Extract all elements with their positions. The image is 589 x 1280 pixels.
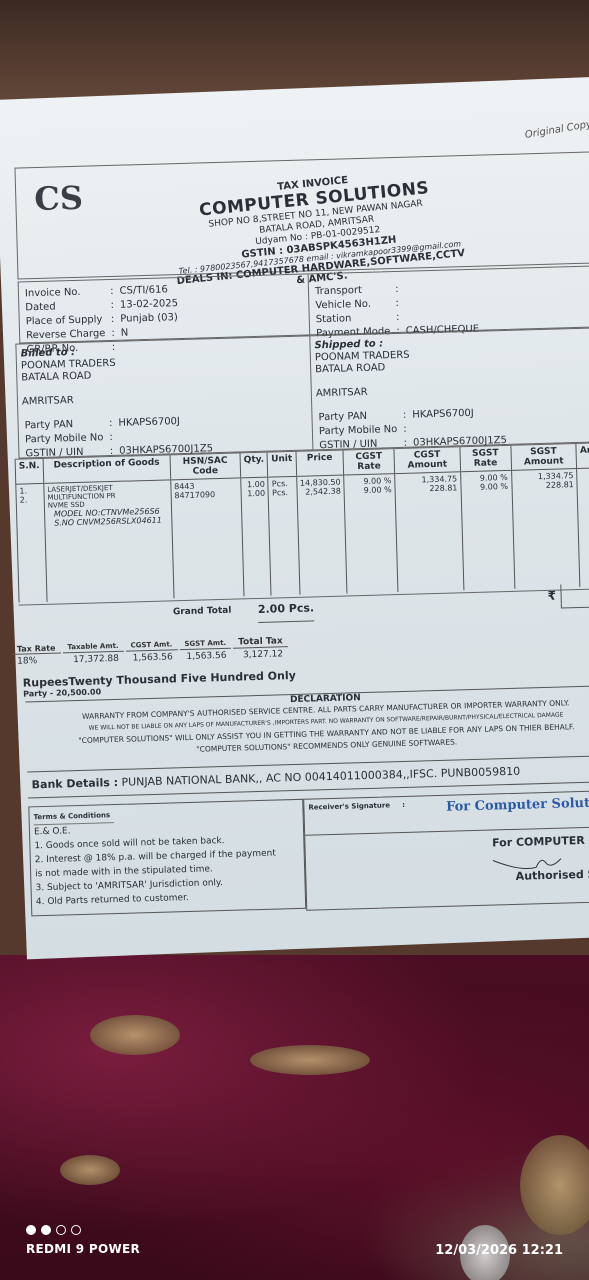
column-header: Description of Goods <box>43 455 171 483</box>
invoice-info: Invoice No.:CS/TI/616Dated:13-02-2025Pla… <box>18 273 311 343</box>
info-colon: : <box>111 314 119 326</box>
info-value: N <box>121 326 183 340</box>
receiver-colon: : <box>402 801 405 809</box>
item-unit: Pcs. <box>272 488 293 498</box>
camera-watermark: REDMI 9 POWER <box>26 1225 140 1256</box>
receiver-signature-label: Receiver's Signature <box>308 801 390 811</box>
cell-cgst_rate: 9.00 %9.00 % <box>344 474 398 594</box>
tax-header: Taxable Amt. <box>62 641 123 654</box>
info-label: Invoice No. <box>25 286 109 300</box>
info-label: Dated <box>25 300 109 314</box>
item-sgst_amt: 228.81 <box>515 480 574 491</box>
cell-cgst_amt: 1,334.75228.81 <box>395 472 464 592</box>
column-header: HSN/SAC Code <box>170 453 241 479</box>
tax-header: Tax Rate <box>12 643 61 655</box>
billed-to: Billed to : POONAM TRADERS BATALA ROAD A… <box>15 335 312 458</box>
billed-mobile <box>119 429 217 444</box>
column-header: CGST Amount <box>394 447 461 473</box>
info-value: 13-02-2025 <box>120 298 182 312</box>
item-amount: 17,5 <box>580 470 589 480</box>
tax-summary: Tax RateTaxable Amt.CGST Amt.SGST Amt.To… <box>10 634 291 669</box>
cell-sgst_amt: 1,334.75228.81 <box>511 469 580 589</box>
info-colon: : <box>110 300 118 312</box>
tax-header: SGST Amt. <box>179 638 231 650</box>
company-stamp: For Computer Solutions <box>446 795 589 827</box>
tax-header: Total Tax <box>233 636 288 649</box>
cell-price: 14,830.502,542.38 <box>296 475 347 595</box>
cell-sgst_rate: 9.00 %9.00 % <box>460 470 514 590</box>
item-amount: 3, <box>581 479 589 489</box>
column-header: SGST Amount <box>510 444 576 470</box>
info-value <box>405 310 483 324</box>
cell-hsn: 844384717090 <box>170 478 244 598</box>
item-sn: 2. <box>20 495 41 505</box>
cell-amount: 17,53, <box>577 467 589 587</box>
company-logo-icon: CS <box>34 179 84 218</box>
signature-scribble-icon <box>491 850 572 872</box>
column-header: SGST Rate <box>460 446 511 472</box>
tax-value: 17,372.88 <box>63 654 124 666</box>
photo-datetime: 12/03/2026 12:21 <box>435 1243 563 1258</box>
info-colon: : <box>111 328 119 340</box>
info-label: Vehicle No. <box>315 298 394 312</box>
bank-value: PUNJAB NATIONAL BANK,, AC NO 00414011000… <box>121 765 520 789</box>
grand-total-label: Grand Total <box>173 606 232 618</box>
info-value <box>404 282 482 296</box>
info-value: CS/TI/616 <box>119 284 181 298</box>
tax-header: CGST Amt. <box>125 639 177 651</box>
table-row: 1.2.LASERJET/DESKJET MULTIFUNCTION PRNVM… <box>16 467 589 602</box>
camera-dot-icon <box>56 1225 66 1235</box>
currency-symbol: ₹ <box>547 589 556 603</box>
column-header: Unit <box>267 452 296 477</box>
tax-invoice: Original Copy CS TAX INVOICE COMPUTER SO… <box>0 136 589 942</box>
info-value <box>405 296 483 310</box>
tax-value: 1,563.56 <box>180 651 232 662</box>
billed-pan-label: Party PAN <box>25 418 108 432</box>
info-colon: : <box>110 286 118 298</box>
billed-mobile-label: Party Mobile No <box>25 432 108 446</box>
tax-value: 1,563.56 <box>126 652 178 663</box>
invoice-header: CS TAX INVOICE COMPUTER SOLUTIONS SHOP N… <box>14 151 589 280</box>
info-colon: : <box>395 298 403 310</box>
camera-dot-icon <box>41 1225 51 1235</box>
cell-desc: LASERJET/DESKJET MULTIFUNCTION PRNVME SS… <box>44 480 174 602</box>
info-colon: : <box>396 312 404 324</box>
item-hsn: 84717090 <box>174 489 237 500</box>
item-sgst_rate: 9.00 % <box>464 482 508 492</box>
column-header: Price <box>296 451 344 477</box>
terms-conditions: Terms & Conditions E.& O.E.1. Goods once… <box>28 799 306 917</box>
info-label: Place of Supply <box>26 314 110 328</box>
cell-sn: 1.2. <box>16 483 47 602</box>
column-header: CGST Rate <box>343 449 394 475</box>
transport-info: Transport:Vehicle No.:Station:Payment Mo… <box>308 265 589 336</box>
shipped-pan-label: Party PAN <box>318 410 401 424</box>
device-name: REDMI 9 POWER <box>26 1242 140 1256</box>
tax-value: 3,127.12 <box>233 649 288 661</box>
camera-dot-icon <box>71 1225 81 1235</box>
info-label: Station <box>316 312 395 326</box>
signature-block: Receiver's Signature : For Computer Solu… <box>303 790 589 911</box>
grand-total-qty: 2.00 Pcs. <box>258 601 315 623</box>
column-header: Qty. <box>240 453 268 478</box>
info-label: Transport <box>315 284 394 298</box>
items-table: S.N.Description of GoodsHSN/SAC CodeQty.… <box>15 443 589 603</box>
shipped-mobile-label: Party Mobile No <box>319 424 402 438</box>
info-value: Punjab (03) <box>120 312 182 326</box>
info-label: Reverse Charge <box>26 328 110 342</box>
shipped-to: Shipped to : POONAM TRADERS BATALA ROAD … <box>309 327 589 451</box>
cell-qty: 1.001.00 <box>241 477 272 596</box>
camera-dots <box>26 1225 140 1235</box>
items-table-wrap: S.N.Description of GoodsHSN/SAC CodeQty.… <box>15 442 589 606</box>
item-cgst_rate: 9.00 % <box>348 485 392 495</box>
shipped-pan: HKAPS6700J <box>412 407 510 422</box>
billed-pan: HKAPS6700J <box>118 415 216 430</box>
grand-total-amount: 20, <box>560 583 589 609</box>
info-colon: : <box>395 284 403 296</box>
tax-value: 18% <box>12 656 61 667</box>
item-detail: S.NO CNVM256RSLX04611 <box>48 515 168 527</box>
item-qty: 1.00 <box>245 489 266 499</box>
bank-details: Bank Details : PUNJAB NATIONAL BANK,, AC… <box>27 755 589 799</box>
cell-unit: Pcs.Pcs. <box>268 476 299 595</box>
camera-dot-icon <box>26 1225 36 1235</box>
item-cgst_amt: 228.81 <box>398 483 457 494</box>
column-header: Amount <box>576 443 589 469</box>
shipped-mobile <box>413 421 511 436</box>
column-header: S.N. <box>15 459 44 484</box>
item-price: 2,542.38 <box>300 487 341 497</box>
bank-label: Bank Details : <box>32 776 119 791</box>
